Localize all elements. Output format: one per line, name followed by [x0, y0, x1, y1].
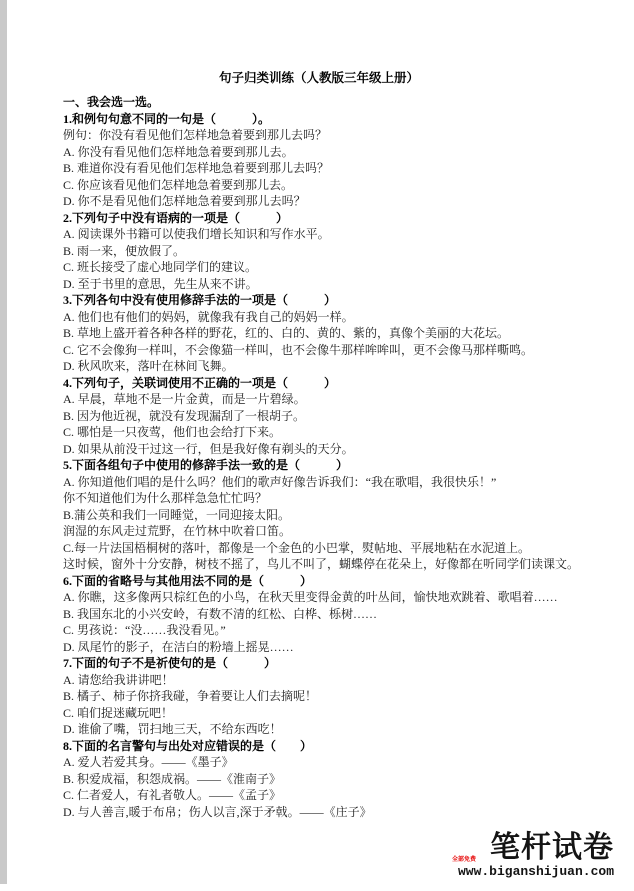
q4-option-c: C. 哪怕是一只夜莺，他们也会给打下来。 [63, 424, 575, 441]
q8-option-b: B. 积爱成福，积怨成祸。——《淮南子》 [63, 771, 575, 788]
watermark: 全部免费 笔杆试卷 www.biganshijuan.com [442, 833, 614, 879]
q4-stem: 4.下列句子，关联词使用不正确的一项是（ ） [63, 375, 575, 392]
q6-option-a: A. 你瞧，这多像两只棕红色的小鸟，在秋天里变得金黄的叶丛间，愉快地欢跳着、歌唱… [63, 589, 575, 606]
q3-option-d: D. 秋风吹来，落叶在林间飞舞。 [63, 358, 575, 375]
q2-option-d: D. 至于书里的意思，先生从来不讲。 [63, 276, 575, 293]
q8-stem: 8.下面的名言警句与出处对应错误的是（ ） [63, 738, 575, 755]
section-heading: 一、我会选一选。 [63, 94, 575, 111]
q8-option-c: C. 仁者爱人，有礼者敬人。——《孟子》 [63, 787, 575, 804]
q6-stem: 6.下面的省略号与其他用法不同的是（ ） [63, 573, 575, 590]
watermark-badge: 全部免费 [452, 854, 476, 863]
q2-option-b: B. 雨一来，便放假了。 [63, 243, 575, 260]
q1-stem: 1.和例句句意不同的一句是（ ）。 [63, 111, 575, 128]
q5-option-b: B.蒲公英和我们一同睡觉，一同迎接太阳。 [63, 507, 575, 524]
q1-option-a: A. 你没有看见他们怎样地急着要到那儿去。 [63, 144, 575, 161]
q2-stem: 2.下列句子中没有语病的一项是（ ） [63, 210, 575, 227]
q3-option-a: A. 他们也有他们的妈妈，就像我有我自己的妈妈一样。 [63, 309, 575, 326]
q7-stem: 7.下面的句子不是祈使句的是（ ） [63, 655, 575, 672]
q3-stem: 3.下列各句中没有使用修辞手法的一项是（ ） [63, 292, 575, 309]
q7-option-c: C. 咱们捉迷藏玩吧！ [63, 705, 575, 722]
q6-option-b: B. 我国东北的小兴安岭，有数不清的红松、白桦、栎树…… [63, 606, 575, 623]
q2-option-c: C. 班长接受了虚心地同学们的建议。 [63, 259, 575, 276]
q5-option-b-cont: 润湿的东风走过荒野，在竹林中吹着口笛。 [63, 523, 575, 540]
q2-option-a: A. 阅读课外书籍可以使我们增长知识和写作水平。 [63, 226, 575, 243]
q1-option-d: D. 你不是看见他们怎样地急着要到那儿去吗？ [63, 193, 575, 210]
q4-option-d: D. 如果从前没干过这一行，但是我好像有剃头的天分。 [63, 441, 575, 458]
q7-option-d: D. 谁偷了嘴，罚扫地三天，不给东西吃！ [63, 721, 575, 738]
watermark-url: www.biganshijuan.com [442, 864, 614, 879]
q5-stem: 5.下面各组句子中使用的修辞手法一致的是（ ） [63, 457, 575, 474]
q7-option-b: B. 橘子、柿子你挤我碰，争着要让人们去摘呢！ [63, 688, 575, 705]
q6-option-c: C. 男孩说：“没……我没看见。” [63, 622, 575, 639]
q8-option-a: A. 爱人若爱其身。——《墨子》 [63, 754, 575, 771]
q4-option-b: B. 因为他近视，就没有发现漏刮了一根胡子。 [63, 408, 575, 425]
q8-option-d: D. 与人善言,暖于布帛；伤人以言,深于矛戟。——《庄子》 [63, 804, 575, 821]
q4-option-a: A. 早晨，草地不是一片金黄，而是一片碧绿。 [63, 391, 575, 408]
q1-option-c: C. 你应该看见他们怎样地急着要到那儿去。 [63, 177, 575, 194]
q6-option-d: D. 凤尾竹的影子，在洁白的粉墙上摇晃…… [63, 639, 575, 656]
q7-option-a: A. 请您给我讲讲吧！ [63, 672, 575, 689]
q3-option-b: B. 草地上盛开着各种各样的野花，红的、白的、黄的、紫的，真像个美丽的大花坛。 [63, 325, 575, 342]
q5-option-c: C.每一片法国梧桐树的落叶，都像是一个金色的小巴掌，熨帖地、平展地粘在水泥道上。 [63, 540, 575, 557]
page-title: 句子归类训练（人教版三年级上册） [63, 70, 575, 87]
worksheet-content: 句子归类训练（人教版三年级上册） 一、我会选一选。 1.和例句句意不同的一句是（… [63, 70, 575, 820]
scan-edge-strip [0, 0, 7, 884]
q1-example: 例句：你没有看见他们怎样地急着要到那儿去吗？ [63, 127, 575, 144]
q5-option-a-cont: 你不知道他们为什么那样急急忙忙吗？ [63, 490, 575, 507]
q3-option-c: C. 它不会像狗一样叫，不会像猫一样叫，也不会像牛那样哞哞叫，更不会像马那样嘶鸣… [63, 342, 575, 359]
q5-option-c-cont: 这时候，窗外十分安静，树枝不摇了，鸟儿不叫了，蝴蝶停在花朵上，好像都在听同学们读… [63, 556, 575, 573]
q1-option-b: B. 难道你没有看见他们怎样地急着要到那儿去吗？ [63, 160, 575, 177]
q5-option-a: A. 你知道他们唱的是什么吗？他们的歌声好像告诉我们：“我在歌唱，我很快乐！” [63, 474, 575, 491]
